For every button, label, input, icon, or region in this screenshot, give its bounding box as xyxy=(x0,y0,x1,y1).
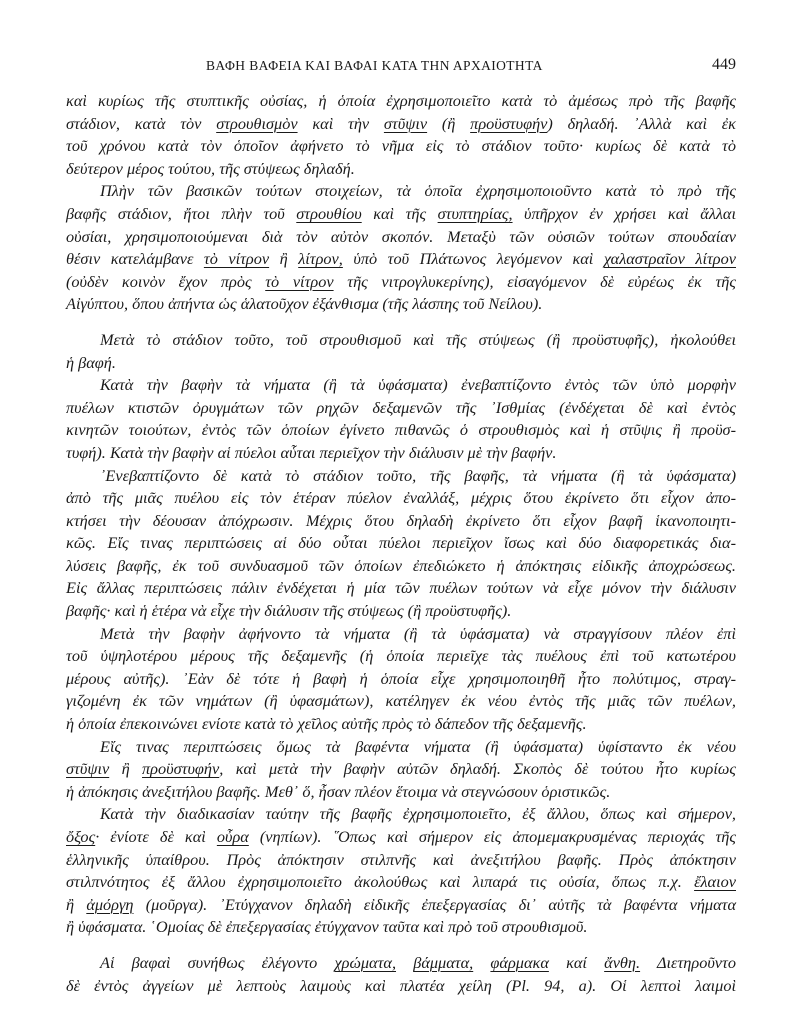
paragraph: Αἱ βαφαὶ συνήθως ἐλέγοντο χρώματα, βάμμα… xyxy=(66,952,736,997)
text-line: ὄξος· ἐνίοτε δὲ καὶ οὖρα (νηπίων). ῞Οπως… xyxy=(66,826,736,849)
text-line: ἡ βαφή. xyxy=(66,352,736,375)
text-line: κτήσει τὴν δέουσαν ἀπόχρωσιν. Μέχρις ὅτο… xyxy=(66,510,736,533)
text-line: στιλπνότητος ἐξ ἄλλου ἐχρησιμοποιεῖτο ἀκ… xyxy=(66,871,736,894)
text-line: Πλὴν τῶν βασικῶν τούτων στοιχείων, τὰ ὁπ… xyxy=(66,180,736,203)
running-title: ΒΑΦΗ ΒΑΦΕΙΑ ΚΑΙ ΒΑΦΑΙ ΚΑΤΑ ΤΗΝ ΑΡΧΑΙΟΤΗΤ… xyxy=(206,58,543,74)
text-line: (οὐδὲν κοινὸν ἔχον πρὸς τὸ νίτρον τῆς νι… xyxy=(66,271,736,294)
page-header: ΒΑΦΗ ΒΑΦΕΙΑ ΚΑΙ ΒΑΦΑΙ ΚΑΤΑ ΤΗΝ ΑΡΧΑΙΟΤΗΤ… xyxy=(66,58,736,82)
text-line: καὶ κυρίως τῆς στυπτικῆς οὐσίας, ἡ ὁποία… xyxy=(66,90,736,113)
text-line: γιζομένη ἐκ τῶν νημάτων (ἢ ὑφασμάτων), κ… xyxy=(66,690,736,713)
text-line: τοῦ χρόνου κατὰ τὸν ὁποῖον ἀφήνετο τὸ νῆ… xyxy=(66,135,736,158)
underlined-term: χρώματα, xyxy=(335,953,397,972)
text-line: λύσεις βαφῆς, ἐκ τοῦ συνδυασμοῦ τῶν ὁποί… xyxy=(66,555,736,578)
text-line: τυφή). Κατὰ τὴν βαφὴν αἱ πύελοι αὗται πε… xyxy=(66,442,736,465)
text-line: βαφῆς στάδιον, ἤτοι πλὴν τοῦ στρουθίου κ… xyxy=(66,203,736,226)
text-line: στάδιον, κατὰ τὸν στρουθισμὸν καὶ τὴν στ… xyxy=(66,113,736,136)
underlined-term: ὄξος xyxy=(66,827,95,846)
paragraph: Πλὴν τῶν βασικῶν τούτων στοιχείων, τὰ ὁπ… xyxy=(66,180,736,316)
paragraph: Κατὰ τὴν διαδικασίαν ταύτην τῆς βαφῆς ἐχ… xyxy=(66,803,736,939)
underlined-term: τὸ νίτρον xyxy=(265,272,333,291)
text-line: πυέλων κτιστῶν ὀρυγμάτων τῶν ρηχῶν δεξαμ… xyxy=(66,397,736,420)
underlined-term: προϋστυφήν xyxy=(470,114,547,133)
underlined-term: στῦψιν xyxy=(384,114,427,133)
underlined-term: στῦψιν xyxy=(66,759,109,778)
underlined-term: βάμματα, xyxy=(413,953,473,972)
underlined-term: οὖρα xyxy=(217,827,249,846)
text-line: Εἴς τινας περιπτώσεις ὅμως τὰ βαφέντα νή… xyxy=(66,736,736,759)
underlined-term: στρουθισμὸν xyxy=(216,114,297,133)
text-line: Εἰς ἄλλας περιπτώσεις πάλιν ἐνδέχεται ἡ … xyxy=(66,577,736,600)
page-body: καὶ κυρίως τῆς στυπτικῆς οὐσίας, ἡ ὁποία… xyxy=(66,90,736,997)
text-line: κῶς. Εἴς τινας περιπτώσεις αἱ δύο οὗται … xyxy=(66,532,736,555)
text-line: ἢ ἀμόργη (μοῦργα). ᾿Ετύγχανον δηλαδὴ εἰδ… xyxy=(66,894,736,917)
text-line: Αἱ βαφαὶ συνήθως ἐλέγοντο χρώματα, βάμμα… xyxy=(66,952,736,975)
text-line: ἡ ὁποία ἐπεκοινώνει ενίοτε κατὰ τὸ χεῖλο… xyxy=(66,713,736,736)
underlined-term: φάρμακα xyxy=(490,953,548,972)
underlined-term: χαλαστραῖον λίτρον xyxy=(604,249,736,268)
paragraph: Μετὰ τὴν βαφὴν ἀφήνοντο τὰ νήματα (ἢ τὰ … xyxy=(66,623,736,736)
text-line: στῦψιν ἢ προϋστυφήν, καὶ μετὰ τὴν βαφὴν … xyxy=(66,758,736,781)
text-line: Αἰγύπτου, ὅπου ἀπήντα ὡς ἁλατοῦχον ἐξάνθ… xyxy=(66,293,736,316)
paragraph: Μετὰ τὸ στάδιον τοῦτο, τοῦ στρουθισμοῦ κ… xyxy=(66,329,736,374)
paragraph: ᾿Ενεβαπτίζοντο δὲ κατὰ τὸ στάδιον τοῦτο,… xyxy=(66,465,736,623)
text-line: Κατὰ τὴν διαδικασίαν ταύτην τῆς βαφῆς ἐχ… xyxy=(66,803,736,826)
paragraph: Κατὰ τὴν βαφὴν τὰ νήματα (ἢ τὰ ὑφάσματα)… xyxy=(66,374,736,464)
text-line: ἀπὸ τῆς μιᾶς πυέλου εἰς τὸν ἑτέραν πύελο… xyxy=(66,487,736,510)
text-line: Κατὰ τὴν βαφὴν τὰ νήματα (ἢ τὰ ὑφάσματα)… xyxy=(66,374,736,397)
text-line: βαφῆς· καὶ ἡ ἑτέρα νὰ εἶχε τὴν διάλυσιν … xyxy=(66,600,736,623)
text-line: ἡ ἀπόκησις ἀνεξιτήλου βαφῆς. Μεθ᾿ ὅ, ἦσα… xyxy=(66,781,736,804)
text-line: ἑλληνικῆς ὑπαίθρου. Πρὸς ἀπόκτησιν στιλπ… xyxy=(66,849,736,872)
underlined-term: προϋστυφήν xyxy=(142,759,219,778)
underlined-term: ἀμόργη xyxy=(86,895,133,914)
text-line: ἢ ὑφάσματα. ῾Ομοίας δὲ ἐπεξεργασίας ἐτύγ… xyxy=(66,916,736,939)
text-line: Μετὰ τὸ στάδιον τοῦτο, τοῦ στρουθισμοῦ κ… xyxy=(66,329,736,352)
paragraph: καὶ κυρίως τῆς στυπτικῆς οὐσίας, ἡ ὁποία… xyxy=(66,90,736,180)
text-line: μέρους αὐτῆς). ᾿Εὰν δὲ τότε ἡ βαφὴ ἡ ὁπο… xyxy=(66,668,736,691)
underlined-term: λίτρον, xyxy=(298,249,343,268)
text-line: θέσιν κατελάμβανε τὸ νίτρον ἢ λίτρον, ὑπ… xyxy=(66,248,736,271)
underlined-term: στυπτηρίας, xyxy=(438,204,513,223)
underlined-term: στρουθίου xyxy=(296,204,361,223)
paragraph-gap xyxy=(66,316,736,329)
underlined-term: τὸ νίτρον xyxy=(204,249,269,268)
text-line: δεύτερον μέρος τούτου, τῆς στύψεως δηλαδ… xyxy=(66,158,736,181)
paragraph: Εἴς τινας περιπτώσεις ὅμως τὰ βαφέντα νή… xyxy=(66,736,736,804)
text-line: κινητῶν τοιούτων, ἐντὸς τῶν ὁποίων ἐγίνε… xyxy=(66,419,736,442)
page-number: 449 xyxy=(712,56,736,74)
text-line: τοῦ ὑψηλοτέρου μέρους τῆς δεξαμενῆς (ἡ ὁ… xyxy=(66,645,736,668)
text-line: ᾿Ενεβαπτίζοντο δὲ κατὰ τὸ στάδιον τοῦτο,… xyxy=(66,465,736,488)
paragraph-gap xyxy=(66,939,736,952)
underlined-term: ἄνθη. xyxy=(604,953,640,972)
text-line: οὐσίαι, χρησιμοποιούμεναι διὰ τὸν αὐτὸν … xyxy=(66,226,736,249)
text-line: Μετὰ τὴν βαφὴν ἀφήνοντο τὰ νήματα (ἢ τὰ … xyxy=(66,623,736,646)
underlined-term: ἔλαιον xyxy=(694,872,736,891)
text-line: δὲ ἐντὸς ἀγγείων μὲ λεπτοὺς λαιμοὺς καὶ … xyxy=(66,975,736,998)
